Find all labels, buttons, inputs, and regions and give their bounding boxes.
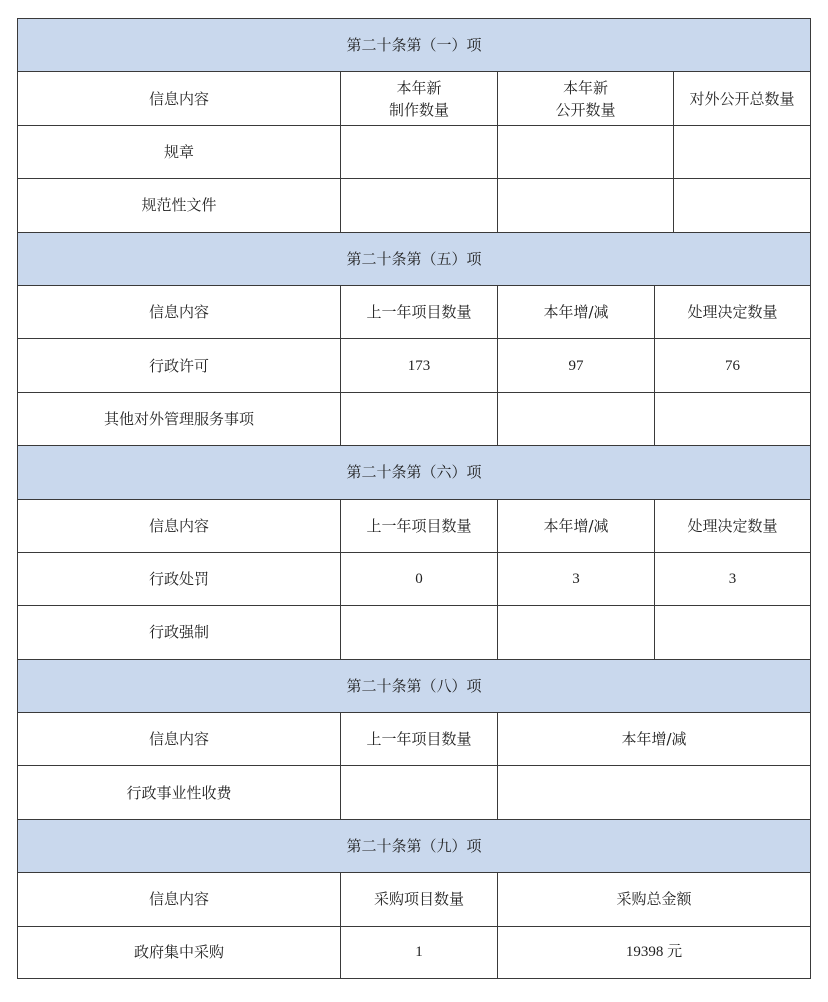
- cell-value: [340, 125, 497, 178]
- row-label: 规范性文件: [17, 178, 340, 231]
- section-header-article-20-item-9: 第二十条第（九）项: [17, 819, 811, 872]
- column-header: 信息内容: [17, 285, 340, 338]
- table-header-row: 信息内容 上一年项目数量 本年增/减 处理决定数量: [17, 285, 811, 338]
- table-row: 行政处罚 0 3 3: [17, 552, 811, 605]
- table-row: 其他对外管理服务事项: [17, 392, 811, 445]
- table-header-row: 信息内容 采购项目数量 采购总金额: [17, 872, 811, 925]
- column-header: 信息内容: [17, 71, 340, 124]
- column-header: 信息内容: [17, 712, 340, 765]
- column-header: 本年增/减: [497, 712, 811, 765]
- column-header: 上一年项目数量: [340, 285, 497, 338]
- cell-value: [673, 125, 811, 178]
- cell-value: [654, 605, 811, 658]
- table-row: 规章: [17, 125, 811, 178]
- section-title: 第二十条第（一）项: [17, 18, 811, 71]
- cell-value: 0: [340, 552, 497, 605]
- column-header: 信息内容: [17, 499, 340, 552]
- column-header: 本年新 制作数量: [340, 71, 497, 124]
- cell-value: [497, 392, 654, 445]
- cell-value: 3: [497, 552, 654, 605]
- column-header: 上一年项目数量: [340, 499, 497, 552]
- section-title: 第二十条第（五）项: [17, 232, 811, 285]
- section-header-article-20-item-5: 第二十条第（五）项: [17, 232, 811, 285]
- row-label: 行政事业性收费: [17, 765, 340, 818]
- cell-value: 1: [340, 926, 497, 979]
- cell-value: [673, 178, 811, 231]
- column-header: 采购总金额: [497, 872, 811, 925]
- cell-value: [340, 605, 497, 658]
- cell-value: 76: [654, 338, 811, 391]
- disclosure-table: 第二十条第（一）项 信息内容 本年新 制作数量 本年新 公开数量 对外公开总数量…: [17, 18, 811, 979]
- row-label: 行政强制: [17, 605, 340, 658]
- cell-value: [497, 178, 673, 231]
- column-header: 采购项目数量: [340, 872, 497, 925]
- row-label: 规章: [17, 125, 340, 178]
- table-row: 行政事业性收费: [17, 765, 811, 818]
- section-header-article-20-item-1: 第二十条第（一）项: [17, 18, 811, 71]
- column-header: 信息内容: [17, 872, 340, 925]
- cell-value: [340, 765, 497, 818]
- cell-value: [340, 178, 497, 231]
- row-label: 政府集中采购: [17, 926, 340, 979]
- row-label: 行政许可: [17, 338, 340, 391]
- cell-value: 3: [654, 552, 811, 605]
- table-row: 行政强制: [17, 605, 811, 658]
- row-label: 行政处罚: [17, 552, 340, 605]
- column-header: 处理决定数量: [654, 285, 811, 338]
- cell-value: [340, 392, 497, 445]
- column-header: 对外公开总数量: [673, 71, 811, 124]
- cell-value: 173: [340, 338, 497, 391]
- column-header: 上一年项目数量: [340, 712, 497, 765]
- cell-value: [497, 605, 654, 658]
- section-header-article-20-item-6: 第二十条第（六）项: [17, 445, 811, 498]
- column-header: 处理决定数量: [654, 499, 811, 552]
- section-title: 第二十条第（八）项: [17, 659, 811, 712]
- table-header-row: 信息内容 上一年项目数量 本年增/减: [17, 712, 811, 765]
- cell-value: [497, 125, 673, 178]
- column-header: 本年增/减: [497, 499, 654, 552]
- table-row: 规范性文件: [17, 178, 811, 231]
- section-header-article-20-item-8: 第二十条第（八）项: [17, 659, 811, 712]
- table-header-row: 信息内容 本年新 制作数量 本年新 公开数量 对外公开总数量: [17, 71, 811, 124]
- table-row: 政府集中采购 1 19398 元: [17, 926, 811, 979]
- table-header-row: 信息内容 上一年项目数量 本年增/减 处理决定数量: [17, 499, 811, 552]
- section-title: 第二十条第（九）项: [17, 819, 811, 872]
- cell-value: [654, 392, 811, 445]
- cell-value: [497, 765, 811, 818]
- column-header: 本年增/减: [497, 285, 654, 338]
- column-header: 本年新 公开数量: [497, 71, 673, 124]
- cell-value: 97: [497, 338, 654, 391]
- row-label: 其他对外管理服务事项: [17, 392, 340, 445]
- table-row: 行政许可 173 97 76: [17, 338, 811, 391]
- section-title: 第二十条第（六）项: [17, 445, 811, 498]
- cell-value: 19398 元: [497, 926, 811, 979]
